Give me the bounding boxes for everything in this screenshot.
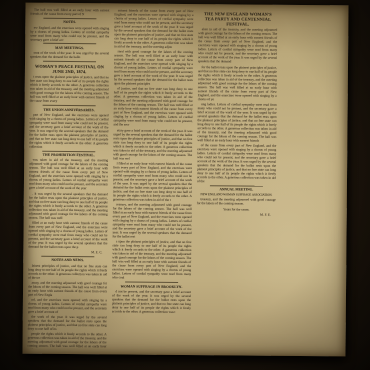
paragraph: filled at an early hour with earnest fri… — [28, 220, 107, 249]
paragraph: reasury, and the meeting adjourned with … — [112, 202, 191, 239]
paragraph: s upon the plainest principles of justic… — [112, 239, 191, 280]
signature-line: M. E. C. — [28, 250, 107, 255]
column-3: THE NEW ENGLAND WOMAN'S TEA PARTY AND CE… — [196, 9, 278, 351]
paragraph: ew England, and the exercises were opene… — [30, 25, 109, 42]
column-1: The hall was well filled at an early hou… — [28, 8, 110, 350]
paragraph: lainest principles of justice, and that … — [28, 263, 107, 280]
paragraph: asury, and the meeting adjourned with go… — [28, 280, 107, 297]
section-rule — [42, 150, 96, 151]
paragraph — [282, 11, 344, 12]
paragraph — [282, 11, 344, 12]
column-4 — [280, 10, 345, 352]
section-heading: NOTES. — [30, 20, 109, 25]
paragraph — [282, 11, 344, 12]
paragraph: . It was urged by the several speakers t… — [29, 191, 108, 220]
paragraph — [282, 11, 344, 12]
column-2: earnest friends of the cause from every … — [112, 8, 194, 350]
paragraph: t rests upon the plainest principles of … — [30, 75, 109, 104]
section-rule — [43, 61, 97, 62]
paragraph: ount of the work of the year. It was urg… — [30, 51, 109, 60]
article-headline: THE NEW ENGLAND WOMAN'S TEA PARTY AND CE… — [199, 11, 276, 27]
paragraph: rned with good courage for the labors of… — [114, 50, 193, 87]
signature-line: M. F. E. — [197, 212, 276, 217]
paragraph: l filled at an early hour with earnest f… — [113, 161, 192, 202]
paragraph: of justice, and that no free state can l… — [113, 87, 192, 128]
paragraph: etary gave a brief account of the work o… — [113, 128, 192, 161]
section-rule — [41, 255, 95, 256]
section-rule — [43, 17, 97, 18]
section-rule — [125, 281, 179, 282]
photographed-newspaper: The hall was well filled at an early hou… — [0, 0, 370, 370]
paragraph — [282, 11, 344, 12]
paragraph: of the cause from every part of New Engl… — [197, 143, 276, 184]
section-heading: NOTES AND NEWS. — [28, 258, 107, 263]
paragraph: part of New England, and the exercises w… — [29, 113, 108, 150]
section-heading: THE UNION ANNIVERSARIES. — [30, 107, 109, 112]
paragraph: The hall was well filled at an early hou… — [30, 8, 109, 17]
paragraph: people the rights which it freely accord… — [28, 332, 107, 349]
section-rule — [42, 105, 96, 106]
paragraph: was taken in aid of the treasury, and th… — [29, 158, 108, 191]
paragraph — [282, 11, 344, 12]
section-rule — [210, 185, 264, 186]
paragraph: aken in aid of the treasury, and the mee… — [198, 28, 277, 65]
paragraph: d not be present, and the secretary gave… — [112, 289, 191, 314]
centered-line: Yours for the cause, — [197, 207, 276, 212]
paragraph: ung ladies. Letters of cordial sympathy … — [197, 102, 276, 143]
paragraph — [282, 11, 344, 12]
paragraph: for the ballot rests upon the plainest p… — [198, 65, 277, 102]
article-headline: WOMAN'S PEACE FESTIVAL ON JUNE 2ND, 1874… — [31, 63, 108, 74]
paragraph: nd, and the exercises were opened with s… — [28, 298, 107, 315]
newspaper-page: The hall was well filled at an early hou… — [22, 3, 348, 357]
paragraph — [197, 217, 276, 218]
section-rule — [43, 43, 97, 44]
paragraph: treasury, and the meeting adjourned with… — [197, 198, 276, 207]
section-heading: WOMAN SUFFRAGE IN BROOKLYN. — [112, 284, 191, 289]
paragraph — [282, 10, 344, 11]
paragraph: the work of the year. It was urged by th… — [28, 315, 107, 332]
paragraph: earnest friends of the cause from every … — [114, 8, 193, 49]
